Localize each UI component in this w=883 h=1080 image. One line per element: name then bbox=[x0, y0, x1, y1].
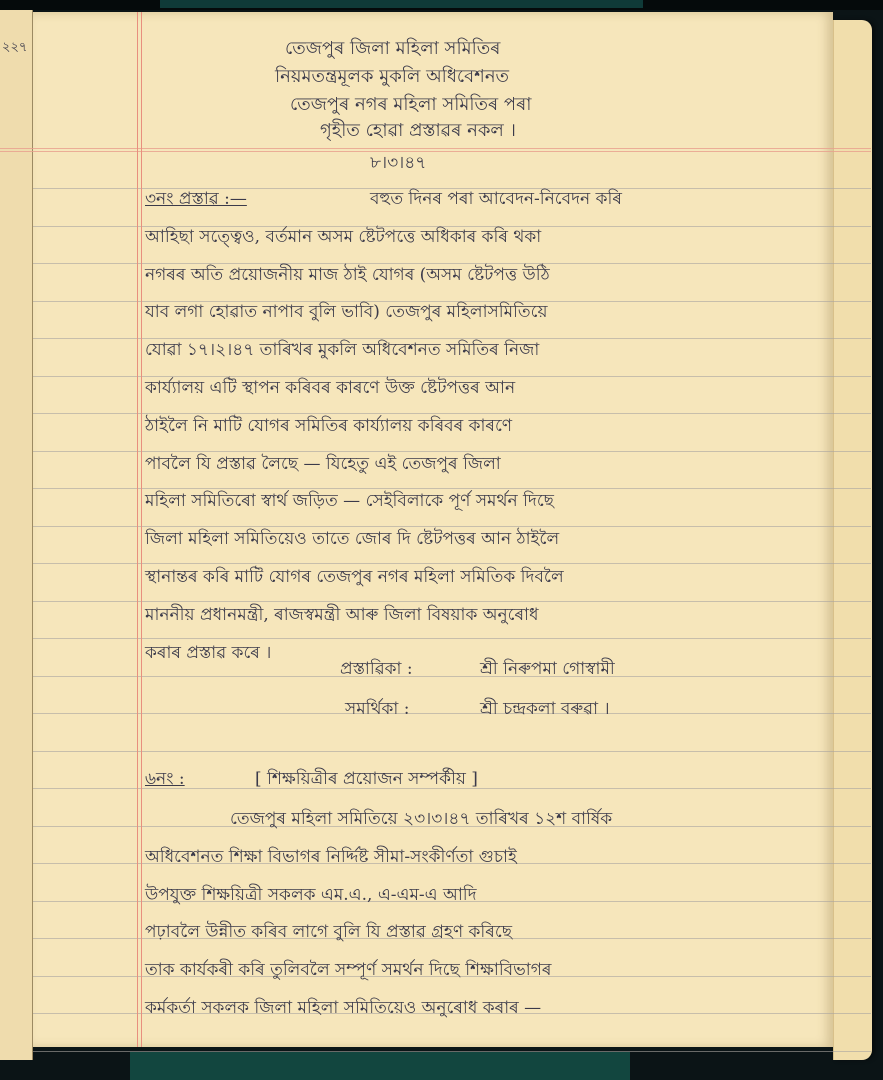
text-line: কৰাৰ প্ৰস্তাৱ কৰে । bbox=[145, 640, 271, 668]
text-line: যাব লগা হোৱাত নাপাব বুলি ভাবি) তেজপুৰ মহ… bbox=[145, 299, 548, 327]
text-line: নগৰৰ অতি প্ৰয়োজনীয় মাজ ঠাই যোগৰ (অসম ষ… bbox=[145, 262, 550, 290]
text-line: স্থানান্তৰ কৰি মাটি যোগৰ তেজপুৰ নগৰ মহিল… bbox=[145, 564, 564, 592]
text-line: পঢ়াবলৈ উন্নীত কৰিব লাগে বুলি যি প্ৰস্তা… bbox=[145, 919, 512, 947]
seconder-name: শ্ৰী চন্দ্ৰকলা বৰুৱা । bbox=[480, 696, 610, 724]
text-line: জিলা মহিলা সমিতিয়েও তাতে জোৰ দি ষ্টেটপত… bbox=[145, 526, 559, 554]
ruled-line bbox=[33, 713, 871, 714]
proposer-name: শ্ৰী নিৰুপমা গোস্বামী bbox=[480, 656, 615, 684]
top-margin-line bbox=[0, 148, 871, 152]
left-margin-line bbox=[137, 12, 142, 1047]
text-line: উপযুক্ত শিক্ষয়িত্ৰী সকলক এম.এ., এ-এম-এ … bbox=[145, 882, 477, 910]
resolution-1-label: ৩নং প্ৰস্তাৱ :— bbox=[145, 186, 247, 214]
ruled-line bbox=[33, 751, 871, 752]
ruled-line bbox=[33, 676, 871, 677]
text-line: মাননীয় প্ৰধানমন্ত্ৰী, ৰাজস্বমন্ত্ৰী আৰু… bbox=[145, 602, 539, 630]
left-page-edge bbox=[0, 10, 33, 1060]
date: ৮।৩।৪৭ bbox=[370, 150, 426, 178]
text-line: ঠাইলৈ নি মাটি যোগৰ সমিতিৰ কাৰ্য্যালয় কৰ… bbox=[145, 413, 512, 441]
notebook-cover-bottom bbox=[130, 1052, 630, 1080]
text-line: যোৱা ১৭।২।৪৭ তাৰিখৰ মুকলি অধিবেশনত সমিতি… bbox=[145, 337, 539, 365]
heading-line: নিয়মতন্ত্ৰমূলক মুকলি অধিবেশনত bbox=[275, 62, 509, 93]
proposer-label: প্ৰস্তাৱিকা : bbox=[340, 656, 413, 684]
text-line: মহিলা সমিতিৰো স্বাৰ্থ জড়িত — সেইবিলাকে … bbox=[145, 488, 554, 516]
heading-line: তেজপুৰ জিলা মহিলা সমিতিৰ bbox=[285, 34, 500, 65]
text-line: কাৰ্য্যালয় এটি স্থাপন কৰিবৰ কাৰণে উক্ত … bbox=[145, 375, 515, 403]
text-line: কৰ্মকৰ্তা সকলক জিলা মহিলা সমিতিয়েও অনুৰ… bbox=[145, 995, 541, 1023]
text-line: অধিবেশনত শিক্ষা বিভাগৰ নিৰ্দ্দিষ্ট সীমা-… bbox=[145, 844, 517, 872]
page-stack-edge bbox=[833, 20, 872, 1060]
resolution-2-label: ৬নং : bbox=[145, 766, 185, 794]
text-line: বহুত দিনৰ পৰা আবেদন-নিবেদন কৰি bbox=[370, 186, 622, 214]
text-line: আহিছা সত্ত্বেও, বৰ্তমান অসম ষ্টেটপত্তে অ… bbox=[145, 224, 541, 252]
seconder-label: সমৰ্থিকা : bbox=[345, 696, 410, 724]
text-line: তাক কাৰ্যকৰী কৰি তুলিবলৈ সম্পূৰ্ণ সমৰ্থন… bbox=[145, 957, 551, 985]
resolution-2-subject: [ শিক্ষয়িত্ৰীৰ প্ৰয়োজন সম্পৰ্কীয় ] bbox=[255, 766, 478, 794]
heading-line: গৃহীত হোৱা প্ৰস্তাৱৰ নকল । bbox=[320, 116, 516, 147]
text-line: পাবলৈ যি প্ৰস্তাৱ লৈছে — যিহেতু এই তেজপু… bbox=[145, 451, 501, 479]
page-number: ২২৭ bbox=[2, 38, 27, 59]
ruled-line bbox=[33, 1051, 871, 1052]
notebook-cover-edge bbox=[160, 0, 643, 8]
text-line: তেজপুৰ মহিলা সমিতিয়ে ২৩।৩।৪৭ তাৰিখৰ ১২শ… bbox=[230, 806, 612, 834]
